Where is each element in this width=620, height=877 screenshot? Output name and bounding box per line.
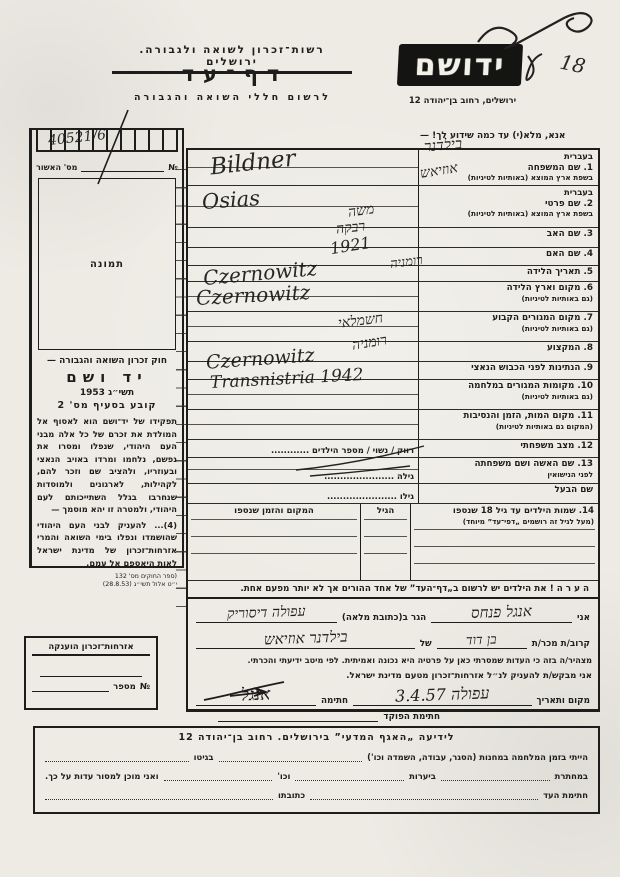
children-table-ruled-line bbox=[364, 553, 407, 570]
children-table-ruled-line bbox=[414, 529, 595, 546]
witness-signature-field bbox=[310, 791, 538, 800]
underground-label: במחתרת bbox=[555, 771, 588, 781]
handwritten-entry: Osias bbox=[201, 186, 261, 214]
children-age-column: הגיל bbox=[360, 504, 410, 580]
page-subtitle: לרשום חללי השואה והגבורה bbox=[125, 92, 340, 103]
yad-vashem-logo: ידושם bbox=[397, 44, 523, 86]
law-year: תשי״ג 1953 bbox=[37, 388, 177, 398]
field-inline-options: גילו ...................... bbox=[188, 484, 418, 503]
witness-info-box: לידיעה „האגף המדעי” בירושלים. רחוב בן־יה… bbox=[33, 726, 600, 814]
field-label: בעברית2. שם פרטיבשפת ארץ המוצא (באותיות … bbox=[418, 186, 598, 227]
underground-field bbox=[441, 772, 550, 781]
field-label: 12. מצב משפחתי bbox=[418, 440, 598, 457]
camps-label: הייתי בזמן המלחמה במחנות (הסגר, עבודה, ה… bbox=[367, 752, 588, 762]
field-label: 8. המקצוע bbox=[418, 342, 598, 361]
decl-i-label: אני bbox=[577, 613, 590, 623]
camps-line: הייתי בזמן המלחמה במחנות (הסגר, עבודה, ה… bbox=[45, 752, 588, 762]
granted-line bbox=[40, 660, 142, 677]
children-table: 14. שמות הילדים עד גיל 18 שנספו (מעל לגי… bbox=[188, 504, 598, 581]
registration-number-line bbox=[81, 159, 164, 172]
children-table-ruled-line bbox=[191, 536, 357, 553]
granted-number-line bbox=[32, 681, 109, 692]
page-of-testimony-document: רשות־זכרון לשואה ולגבורה. ירושלים דף־עד … bbox=[0, 0, 620, 877]
sidebar-box: № מס' האשור תמונה חוק זכרון השואה והגבור… bbox=[29, 128, 184, 568]
handwritten-entry: בילדנר bbox=[423, 134, 463, 156]
forests-label: ביערות bbox=[409, 771, 436, 781]
field-label: 10. מקומות המגורים במלחמה(גם באותיות לטי… bbox=[418, 380, 598, 409]
camps-field bbox=[219, 753, 363, 762]
logo-address: ירושלים, רחוב בן־יהודה 12 bbox=[390, 96, 535, 106]
form-field-row-12: 12. מצב משפחתירווק / נשוי / מספר הילדים … bbox=[188, 440, 598, 458]
field-value-area: גילו ...................... bbox=[188, 484, 418, 503]
form-field-row-husband: שם הבעלגילו ...................... bbox=[188, 484, 598, 504]
field-inline-options: רווק / נשוי / מספר הילדים ............ bbox=[188, 440, 418, 457]
form-field-row-7: 7. מקום המגורים הקבוע(גם באותיות לטיניות… bbox=[188, 312, 598, 342]
law-clause: ‎...‎(4)‎ להעניק לבני העם היהודי שהושמדו… bbox=[37, 519, 177, 569]
clerk-signature-label: חתימת הפוקד bbox=[383, 712, 440, 722]
law-text-block: חוק זכרון השואה והגבורה — יד ושם תשי״ג 1… bbox=[37, 356, 177, 589]
field-label: 5. תאריך הלידה bbox=[418, 266, 598, 281]
signature-label: חתימה bbox=[321, 696, 348, 706]
decl-resides-label: הגר ב(כתובת מלאה) bbox=[342, 613, 426, 623]
children-table-ruled-line bbox=[414, 563, 595, 580]
children-table-ruled-line bbox=[191, 519, 357, 536]
field-value-area bbox=[188, 410, 418, 439]
registration-number-row: № מס' האשור bbox=[36, 154, 178, 172]
of-label: של bbox=[420, 639, 432, 649]
declarant-address-field: עפולה דיסוריק bbox=[196, 605, 337, 623]
info-title: לידיעה „האגף המדעי” בירושלים. רחוב בן־יה… bbox=[45, 732, 588, 743]
field-label: 13. שם האשה ושם משפחתהלפני הנישואין bbox=[418, 458, 598, 483]
witness-signature-label: חתימת העד bbox=[543, 790, 588, 800]
witness-signature-line: חתימת העד כתובתו bbox=[45, 790, 588, 800]
photo-label: תמונה bbox=[90, 259, 124, 270]
children-names-column: 14. שמות הילדים עד גיל 18 שנספו (מעל לגי… bbox=[410, 504, 598, 580]
citizenship-request: אני מבקש/ת להעניק לנ״ל אזרחות־זכרון מטעם… bbox=[188, 667, 598, 681]
children-place-column: המקום והזמן שנספו bbox=[188, 504, 360, 580]
clerk-signature-row: חתימת הפוקד bbox=[188, 708, 598, 724]
granted-title: אזרחות־זכרון הוענקה bbox=[32, 642, 150, 656]
field-label: 11. מקום המות, הזמן והנסיבות(המקום גם בא… bbox=[418, 410, 598, 439]
ruled-line bbox=[188, 425, 418, 439]
photo-box: תמונה bbox=[38, 178, 176, 350]
clerk-signature-field bbox=[218, 721, 378, 722]
relation-label: קרוב/ת מכר/ת bbox=[532, 639, 590, 649]
page-title: דף־עד bbox=[150, 62, 320, 86]
field-value-area: גילה ...................... bbox=[188, 458, 418, 483]
relation-of-field: בילדנר אוזיאש bbox=[196, 629, 415, 649]
law-title: חוק זכרון השואה והגבורה — bbox=[37, 356, 177, 366]
numero-sign: № bbox=[140, 682, 150, 692]
witness-address-field bbox=[45, 791, 273, 800]
perforation-dashes bbox=[176, 152, 186, 622]
relation-field: בן דוד bbox=[437, 632, 527, 649]
form-field-row-3: 3. שם האב bbox=[188, 228, 598, 248]
field-inline-options: גילה ...................... bbox=[188, 470, 418, 483]
field-label: 4. שם האם bbox=[418, 248, 598, 265]
witness-address-label: כתובתו bbox=[278, 790, 305, 800]
ruled-line bbox=[188, 410, 418, 425]
field-label: 7. מקום המגורים הקבוע(גם באותיות לטיניות… bbox=[418, 312, 598, 341]
signature-field: אנגל bbox=[196, 685, 316, 706]
field-label: 9. הנתינות לפני הכבוש הנאצי bbox=[418, 362, 598, 379]
law-section: קובע בסעיף מס' 2 bbox=[37, 400, 177, 411]
citizenship-granted-box: אזרחות־זכרון הוענקה № מספר bbox=[24, 636, 158, 710]
underground-line: במחתרת ביערות וכו' ואני מוכן למסור עדות … bbox=[45, 771, 588, 781]
children-table-ruled-line bbox=[364, 536, 407, 553]
ruled-line bbox=[188, 228, 418, 247]
registration-number-label: מס' האשור bbox=[36, 163, 77, 172]
children-note: הערה! את הילדים יש לרשום ב„דף־העד” של אח… bbox=[188, 581, 598, 599]
ghetto-field bbox=[45, 753, 189, 762]
declarant-row: אני אנגל פנחס הגר ב(כתובת מלאה) עפולה די… bbox=[188, 599, 598, 625]
field-value-area bbox=[188, 228, 418, 247]
forests-field bbox=[295, 772, 404, 781]
field-label: 6. מקום וארץ הלידה(גם באותיות לטיניות) bbox=[418, 282, 598, 311]
children-table-ruled-line bbox=[364, 519, 407, 536]
form-field-row-11: 11. מקום המות, הזמן והנסיבות(המקום גם בא… bbox=[188, 410, 598, 440]
etc-field bbox=[164, 772, 273, 781]
form-field-row-13: 13. שם האשה ושם משפחתהלפני הנישואיןגילה … bbox=[188, 458, 598, 484]
children-table-ruled-line bbox=[191, 553, 357, 570]
relation-row: קרוב/ת מכר/ת בן דוד של בילדנר אוזיאש bbox=[188, 625, 598, 651]
etc-label: וכו' bbox=[277, 771, 290, 781]
granted-number-row: № מספר bbox=[32, 681, 150, 692]
handwritten-entry: 18 bbox=[558, 50, 588, 79]
main-form: בעברית1. שם המשפחהבשפת ארץ המוצא (באותיו… bbox=[186, 148, 600, 712]
granted-number-label: מספר bbox=[113, 682, 136, 692]
field-label: 3. שם האב bbox=[418, 228, 598, 247]
ghetto-label: בגיטו bbox=[194, 752, 214, 762]
place-date-field: עפולה 3.4.57 bbox=[353, 685, 531, 706]
field-label: שם הבעל bbox=[418, 484, 598, 503]
law-yad-vashem: יד ושם bbox=[37, 368, 177, 386]
truth-statement: מצהיר/ה בזה כי העדות שמסרתי כאן על פרטיה… bbox=[188, 651, 598, 667]
field-value-area: רווק / נשוי / מספר הילדים ............ bbox=[188, 440, 418, 457]
willing-to-testify-label: ואני מוכן למסור עדות על כך. bbox=[45, 771, 159, 781]
law-source: (ספר החוקים מס' 132י״ט אלול תשי״ג (28.8.… bbox=[37, 573, 177, 589]
children-table-ruled-line bbox=[414, 546, 595, 563]
law-body: תפקידו של יד־ושם הוא לאסוף אל המולדת את … bbox=[37, 415, 177, 516]
declarant-name-field: אנגל פנחס bbox=[431, 603, 572, 623]
ruled-line bbox=[188, 395, 418, 409]
place-date-label: מקום ותאריך bbox=[537, 696, 590, 706]
place-date-signature-row: מקום ותאריך עפולה 3.4.57 חתימה אנגל bbox=[188, 681, 598, 708]
